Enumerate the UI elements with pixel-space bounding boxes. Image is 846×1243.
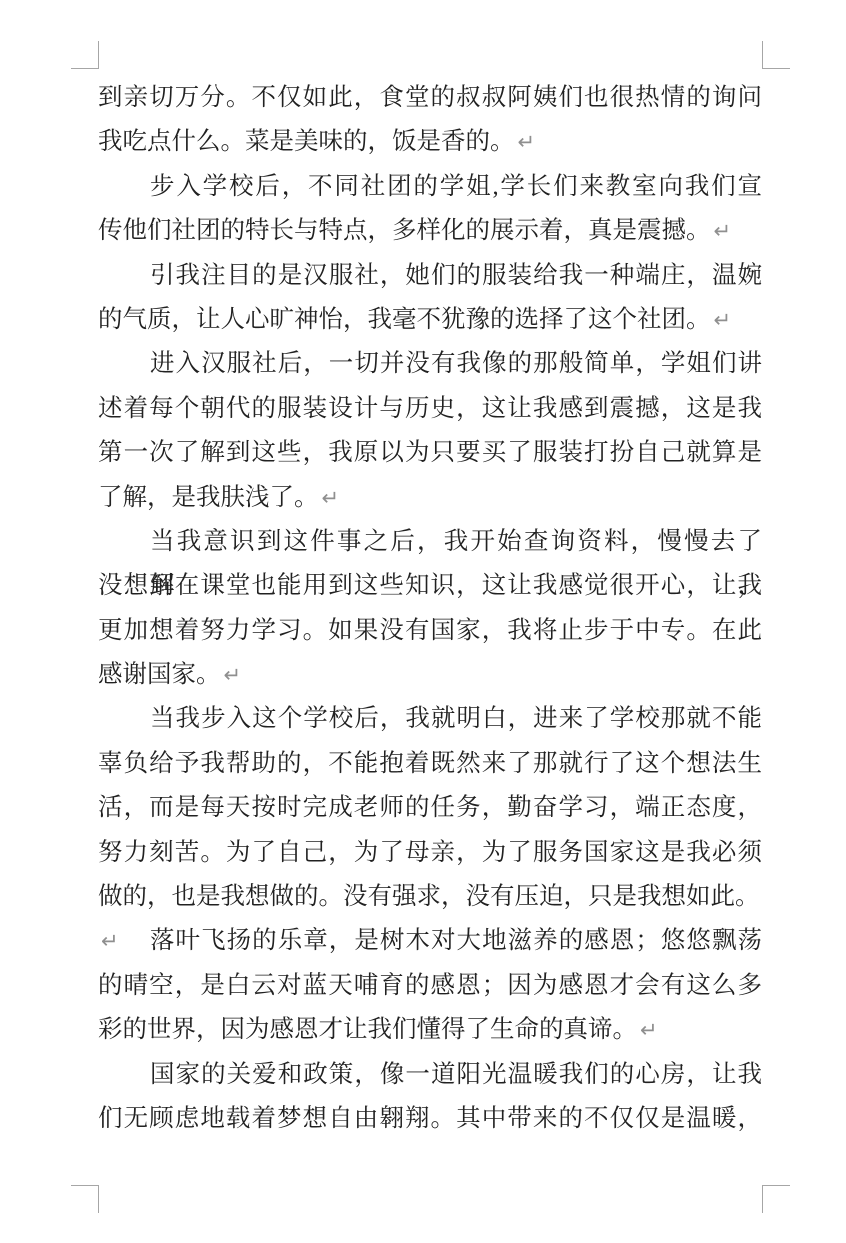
text-line: 当我意识到这件事之后，我开始查询资料，慢慢去了解， [98,520,762,564]
text-run: 我吃点什么。菜是美味的，饭是香的。 [98,128,515,155]
text-run: 的晴空，是白云对蓝天哺育的感恩；因为感恩才会有这么多 [98,972,762,999]
text-run: 进入汉服社后，一切并没有我像的那般简单，学姐们讲 [150,350,762,377]
text-line: 我吃点什么。菜是美味的，饭是香的。↵ [98,120,762,164]
paragraph: 到亲切万分。不仅如此，食堂的叔叔阿姨们也很热情的询问我吃点什么。菜是美味的，饭是… [98,76,762,165]
text-line: 国家的关爱和政策，像一道阳光温暖我们的心房，让我 [98,1053,762,1097]
text-run: 彩的世界，因为感恩才让我们懂得了生命的真谛。 [98,1016,637,1043]
paragraph-mark-icon: ↵ [322,486,340,510]
margin-mark-top-right [762,41,790,69]
text-run: 国家的关爱和政策，像一道阳光温暖我们的心房，让我 [150,1061,762,1088]
paragraph-mark-icon: ↵ [640,1018,658,1042]
text-run: 没想到在课堂也能用到这些知识，这让我感觉很开心，让我 [98,572,762,599]
paragraph: 当我意识到这件事之后，我开始查询资料，慢慢去了解，没想到在课堂也能用到这些知识，… [98,520,762,698]
text-line: 更加想着努力学习。如果没有国家，我将止步于中专。在此 [98,609,762,653]
paragraph-mark-icon: ↵ [101,929,119,953]
paragraph: 落叶飞扬的乐章，是树木对大地滋养的感恩；悠悠飘荡的晴空，是白云对蓝天哺育的感恩；… [98,919,762,1052]
text-run: 辜负给予我帮助的，不能抱着既然来了那就行了这个想法生 [98,750,762,777]
text-line: 到亲切万分。不仅如此，食堂的叔叔阿姨们也很热情的询问 [98,76,762,120]
text-line: 述着每个朝代的服装设计与历史，这让我感到震撼，这是我 [98,387,762,431]
text-line: 彩的世界，因为感恩才让我们懂得了生命的真谛。↵ [98,1008,762,1052]
text-run: 的气质，让人心旷神怡，我毫不犹豫的选择了这个社团。 [98,306,711,333]
text-line: 没想到在课堂也能用到这些知识，这让我感觉很开心，让我 [98,564,762,608]
paragraph-mark-icon: ↵ [224,663,242,687]
text-run: 努力刻苦。为了自己，为了母亲，为了服务国家这是我必须 [98,839,762,866]
text-run: 步入学校后，不同社团的学姐,学长们来教室向我们宣 [150,173,762,200]
text-line: 进入汉服社后，一切并没有我像的那般简单，学姐们讲 [98,342,762,386]
paragraph-mark-icon: ↵ [714,219,732,243]
text-run: 更加想着努力学习。如果没有国家，我将止步于中专。在此 [98,617,762,644]
margin-mark-top-left [71,41,99,69]
text-line: 引我注目的是汉服社，她们的服装给我一种端庄，温婉 [98,254,762,298]
paragraph: 进入汉服社后，一切并没有我像的那般简单，学姐们讲述着每个朝代的服装设计与历史，这… [98,342,762,520]
text-run: 到亲切万分。不仅如此，食堂的叔叔阿姨们也很热情的询问 [98,84,762,111]
text-line: 落叶飞扬的乐章，是树木对大地滋养的感恩；悠悠飘荡 [98,919,762,963]
text-line: 感谢国家。↵ [98,653,762,697]
text-line: 传他们社团的特长与特点，多样化的展示着，真是震撼。↵ [98,209,762,253]
paragraph: 国家的关爱和政策，像一道阳光温暖我们的心房，让我们无顾虑地载着梦想自由翱翔。其中… [98,1053,762,1142]
text-line: 步入学校后，不同社团的学姐,学长们来教室向我们宣 [98,165,762,209]
text-line: 第一次了解到这些，我原以为只要买了服装打扮自己就算是 [98,431,762,475]
text-run: 当我步入这个学校后，我就明白，进来了学校那就不能 [150,705,762,732]
text-line: 努力刻苦。为了自己，为了母亲，为了服务国家这是我必须 [98,831,762,875]
text-line: 辜负给予我帮助的，不能抱着既然来了那就行了这个想法生 [98,742,762,786]
text-run: 做的，也是我想做的。没有强求，没有压迫，只是我想如此。 [98,883,760,910]
text-line: 的晴空，是白云对蓝天哺育的感恩；因为感恩才会有这么多 [98,964,762,1008]
paragraph: 引我注目的是汉服社，她们的服装给我一种端庄，温婉的气质，让人心旷神怡，我毫不犹豫… [98,254,762,343]
paragraph: 步入学校后，不同社团的学姐,学长们来教室向我们宣传他们社团的特长与特点，多样化的… [98,165,762,254]
text-run: 们无顾虑地载着梦想自由翱翔。其中带来的不仅仅是温暖， [98,1105,762,1132]
text-run: 第一次了解到这些，我原以为只要买了服装打扮自己就算是 [98,439,762,466]
document-page: 到亲切万分。不仅如此，食堂的叔叔阿姨们也很热情的询问我吃点什么。菜是美味的，饭是… [0,0,846,1243]
paragraph-mark-icon: ↵ [518,130,536,154]
text-run: 感谢国家。 [98,661,221,688]
text-line: 做的，也是我想做的。没有强求，没有压迫，只是我想如此。↵ [98,875,762,919]
text-run: 传他们社团的特长与特点，多样化的展示着，真是震撼。 [98,217,711,244]
text-run: 活，而是每天按时完成老师的任务，勤奋学习，端正态度， [98,794,762,821]
margin-mark-bottom-right [762,1185,790,1213]
paragraph: 当我步入这个学校后，我就明白，进来了学校那就不能辜负给予我帮助的，不能抱着既然来… [98,697,762,919]
text-line: 了解，是我肤浅了。↵ [98,476,762,520]
text-run: 述着每个朝代的服装设计与历史，这让我感到震撼，这是我 [98,395,762,422]
text-line: 活，而是每天按时完成老师的任务，勤奋学习，端正态度， [98,786,762,830]
text-run: 了解，是我肤浅了。 [98,484,319,511]
text-run: 落叶飞扬的乐章，是树木对大地滋养的感恩；悠悠飘荡 [150,927,762,954]
paragraph-mark-icon: ↵ [714,308,732,332]
margin-mark-bottom-left [71,1185,99,1213]
text-line: 的气质，让人心旷神怡，我毫不犹豫的选择了这个社团。↵ [98,298,762,342]
text-run: 引我注目的是汉服社，她们的服装给我一种端庄，温婉 [150,262,762,289]
text-line: 们无顾虑地载着梦想自由翱翔。其中带来的不仅仅是温暖， [98,1097,762,1141]
document-text[interactable]: 到亲切万分。不仅如此，食堂的叔叔阿姨们也很热情的询问我吃点什么。菜是美味的，饭是… [98,76,762,1141]
text-line: 当我步入这个学校后，我就明白，进来了学校那就不能 [98,697,762,741]
